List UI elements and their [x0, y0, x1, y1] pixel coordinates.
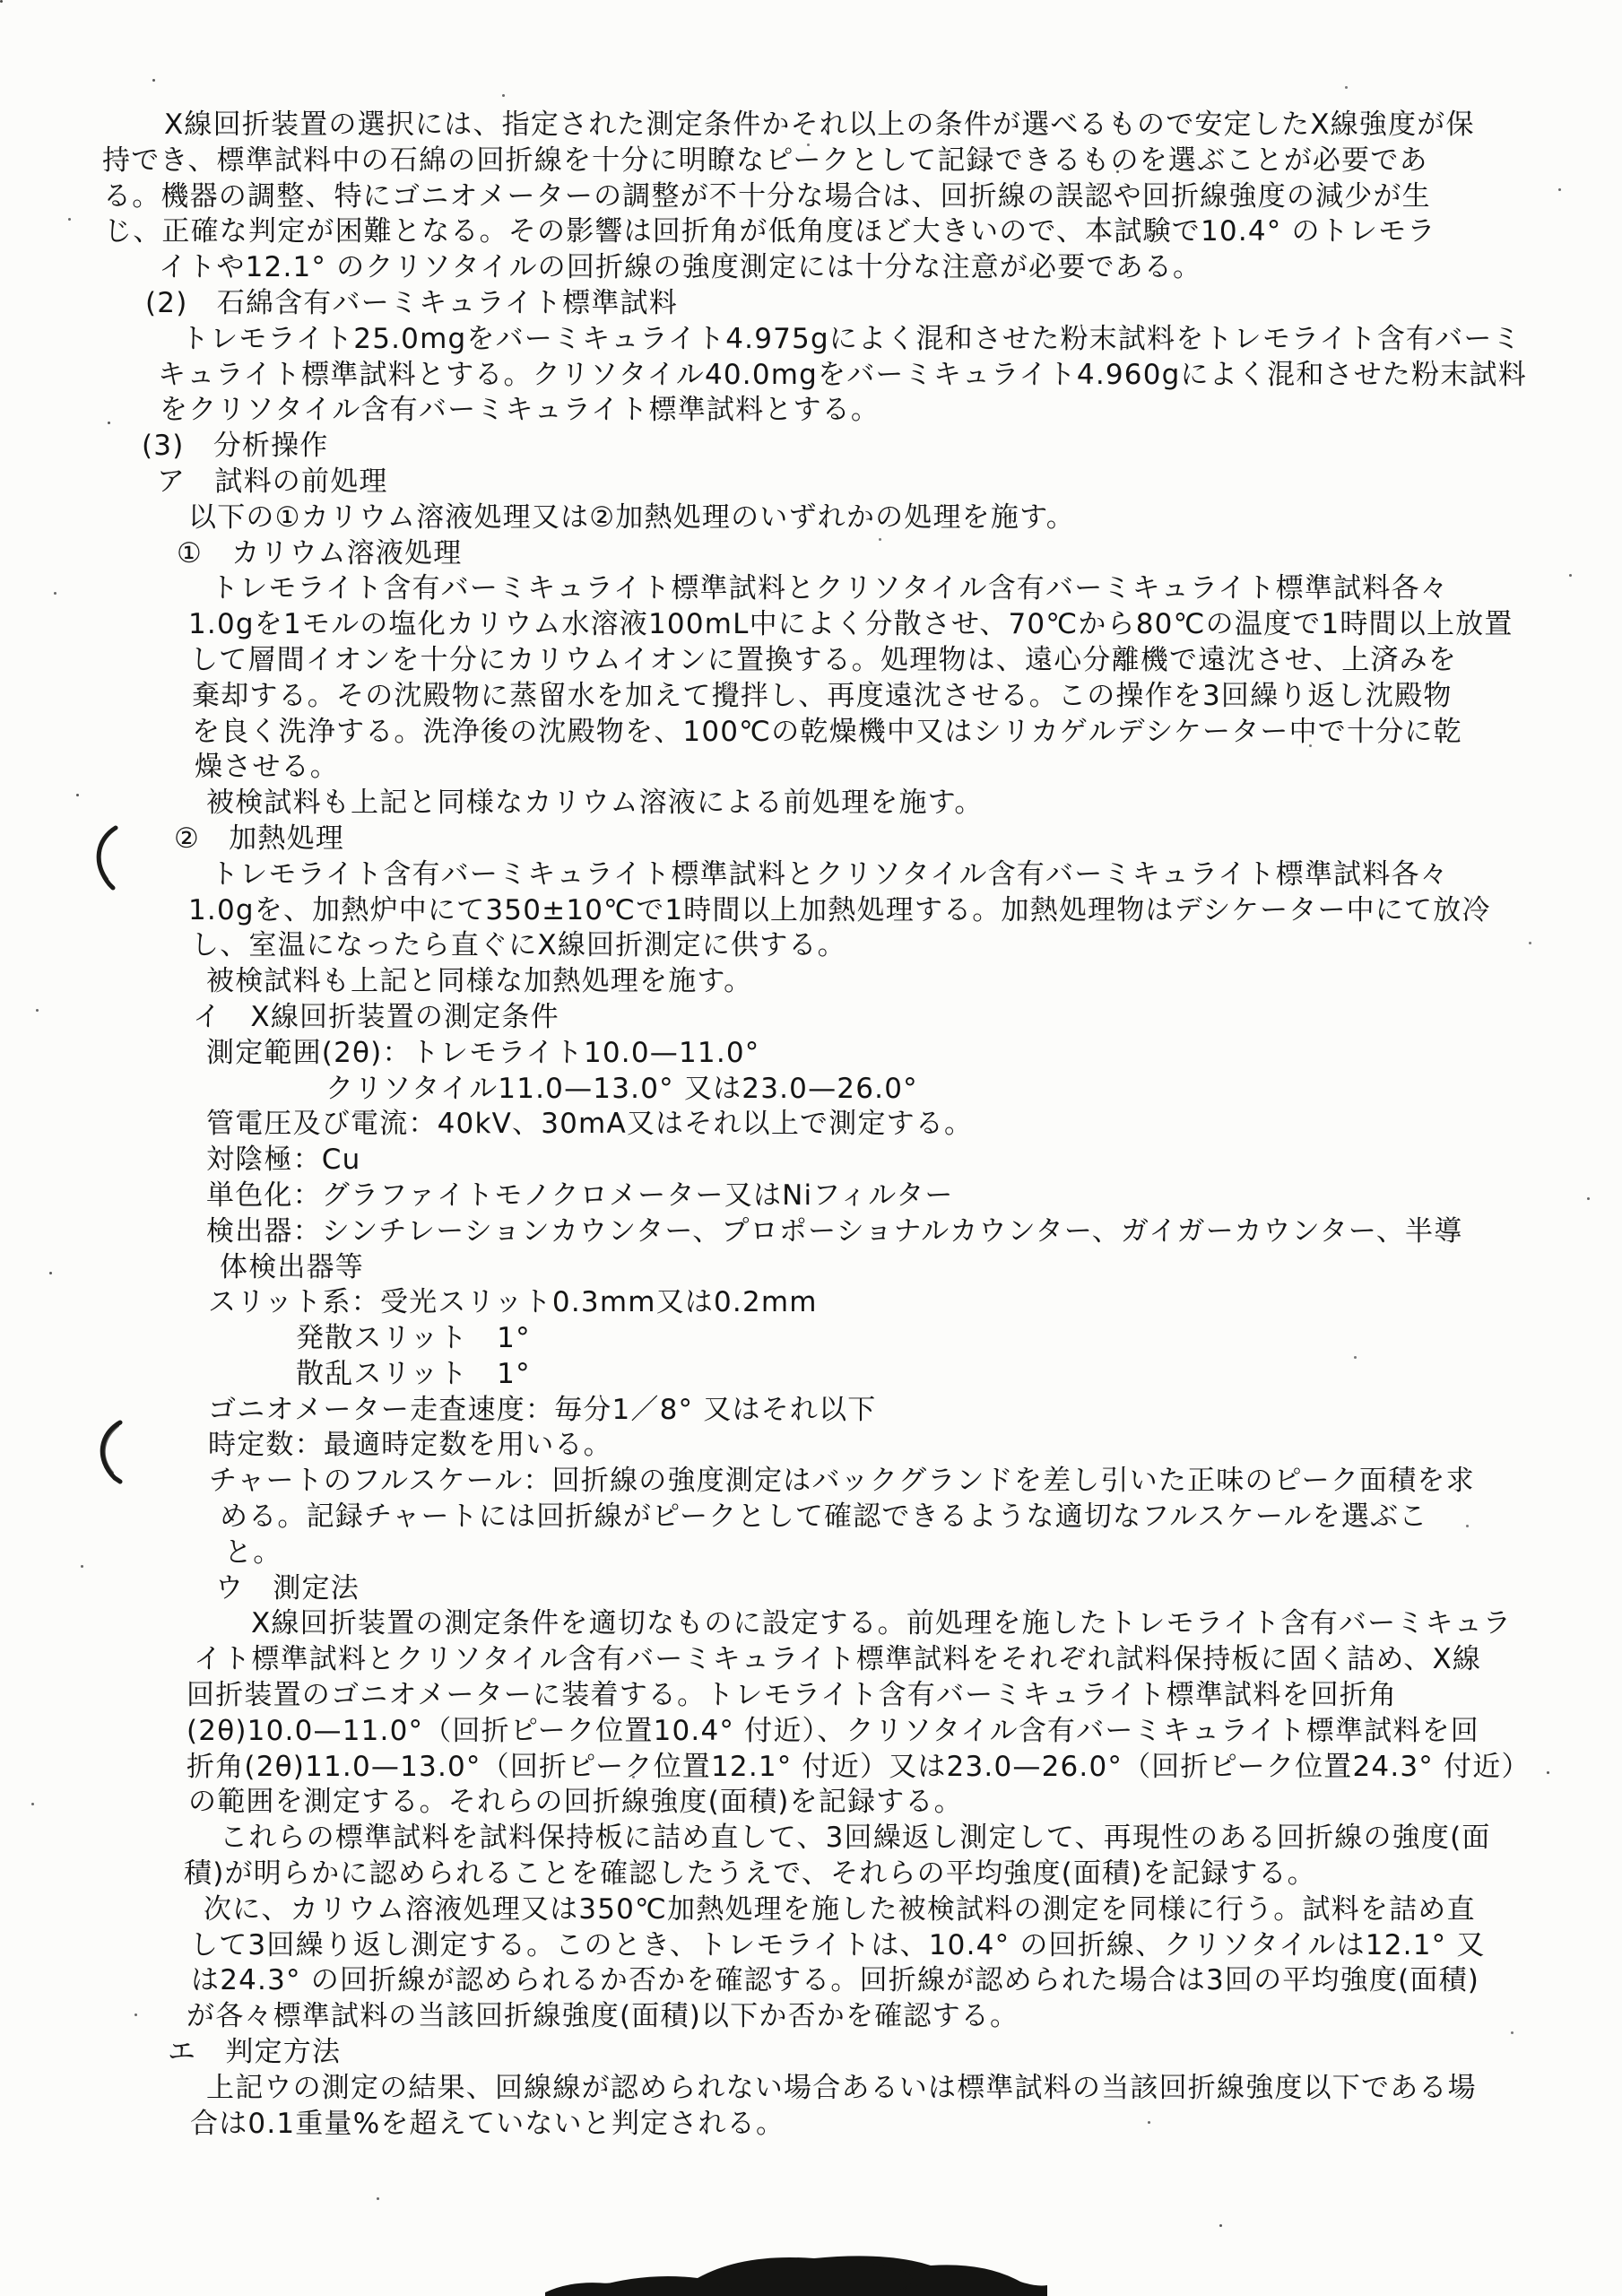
text-line: の範囲を測定する。それらの回折線強度(面積)を記録する。	[100, 1785, 1571, 1821]
text-line: 1.0gを1モルの塩化カリウム水溶液100mL中によく分散させ、70℃から80℃…	[100, 607, 1571, 643]
text-line: (2) 石綿含有バーミキュライト標準試料	[100, 286, 1571, 322]
text-line: トレモライト含有バーミキュライト標準試料とクリソタイル含有バーミキュライト標準試…	[100, 857, 1571, 893]
text-line: 燥させる。	[100, 750, 1571, 786]
text-line: 被検試料も上記と同様な加熱処理を施す。	[100, 964, 1571, 1000]
text-line: 測定範囲(2θ)：トレモライト10.0—11.0°	[100, 1036, 1571, 1072]
text-line: ゴニオメーター走査速度：毎分1／8° 又はそれ以下	[100, 1393, 1571, 1429]
text-line: (3) 分析操作	[100, 429, 1571, 465]
text-line: エ 判定方法	[100, 2035, 1571, 2071]
text-line: X線回折装置の選択には、指定された測定条件かそれ以上の条件が選べるもので安定した…	[100, 108, 1571, 143]
text-line: 次に、カリウム溶液処理又は350℃加熱処理を施した被検試料の測定を同様に行う。試…	[100, 1892, 1571, 1928]
text-line: キュライト標準試料とする。クリソタイル40.0mgをバーミキュライト4.960g…	[100, 358, 1571, 394]
text-line: ア 試料の前処理	[100, 465, 1571, 500]
text-line: これらの標準試料を試料保持板に詰め直して、3回繰返し測定して、再現性のある回折線…	[100, 1821, 1571, 1857]
text-line: 時定数：最適時定数を用いる。	[100, 1428, 1571, 1464]
text-line: 被検試料も上記と同様なカリウム溶液による前処理を施す。	[100, 786, 1571, 822]
scanned-page: X線回折装置の選択には、指定された測定条件かそれ以上の条件が選べるもので安定した…	[0, 0, 1622, 2296]
text-line: チャートのフルスケール：回折線の強度測定はバックグランドを差し引いた正味のピーク…	[100, 1464, 1571, 1500]
text-line: が各々標準試料の当該回折線強度(面積)以下か否かを確認する。	[100, 1999, 1571, 2035]
text-line: 上記ウの測定の結果、回線線が認められない場合あるいは標準試料の当該回折線強度以下…	[100, 2071, 1571, 2107]
text-line: る。機器の調整、特にゴニオメーターの調整が不十分な場合は、回折線の誤認や回折線強…	[100, 179, 1571, 215]
text-line: 体検出器等	[100, 1250, 1571, 1286]
text-line: 発散スリット 1°	[100, 1321, 1571, 1357]
document-body: X線回折装置の選択には、指定された測定条件かそれ以上の条件が選べるもので安定した…	[100, 108, 1571, 2142]
scan-smudge	[545, 2246, 1047, 2296]
text-line: 持でき、標準試料中の石綿の回折線を十分に明瞭なピークとして記録できるものを選ぶこ…	[100, 143, 1571, 179]
text-line: (2θ)10.0—11.0°（回折ピーク位置10.4° 付近）、クリソタイル含有…	[100, 1714, 1571, 1750]
text-line: 検出器：シンチレーションカウンター、プロポーショナルカウンター、ガイガーカウンタ…	[100, 1214, 1571, 1250]
text-line: は24.3° の回折線が認められるか否かを確認する。回折線が認められた場合は3回…	[100, 1963, 1571, 1999]
text-line: 合は0.1重量%を超えていないと判定される。	[100, 2107, 1571, 2143]
text-line: 棄却する。その沈殿物に蒸留水を加えて攪拌し、再度遠沈させる。この操作を3回繰り返…	[100, 679, 1571, 715]
text-line: トレモライト含有バーミキュライト標準試料とクリソタイル含有バーミキュライト標準試…	[100, 571, 1571, 607]
text-line: クリソタイル11.0—13.0° 又は23.0—26.0°	[100, 1072, 1571, 1108]
text-line: と。	[100, 1535, 1571, 1571]
text-line: ① カリウム溶液処理	[100, 536, 1571, 572]
text-line: して3回繰り返し測定する。このとき、トレモライトは、10.4° の回折線、クリソ…	[100, 1928, 1571, 1964]
text-line: 1.0gを、加熱炉中にて350±10℃で1時間以上加熱処理する。加熱処理物はデシ…	[100, 893, 1571, 929]
text-line: 対陰極：Cu	[100, 1143, 1571, 1178]
text-line: 管電圧及び電流：40kV、30mA又はそれ以上で測定する。	[100, 1107, 1571, 1143]
text-line: イ X線回折装置の測定条件	[100, 1000, 1571, 1036]
text-line: める。記録チャートには回折線がピークとして確認できるような適切なフルスケールを選…	[100, 1500, 1571, 1535]
text-line: じ、正確な判定が困難となる。その影響は回折角が低角度ほど大きいので、本試験で10…	[100, 214, 1571, 250]
text-line: スリット系：受光スリット0.3mm又は0.2mm	[100, 1285, 1571, 1321]
handwritten-paren-mark	[86, 823, 122, 893]
text-line: 折角(2θ)11.0—13.0°（回折ピーク位置12.1° 付近）又は23.0—…	[100, 1750, 1571, 1786]
text-line: を良く洗浄する。洗浄後の沈殿物を、100℃の乾燥機中又はシリカゲルデシケーター中…	[100, 715, 1571, 751]
text-line: 以下の①カリウム溶液処理又は②加熱処理のいずれかの処理を施す。	[100, 500, 1571, 536]
text-line: し、室温になったら直ぐにX線回折測定に供する。	[100, 928, 1571, 964]
text-line: イト標準試料とクリソタイル含有バーミキュライト標準試料をそれぞれ試料保持板に固く…	[100, 1642, 1571, 1678]
text-line: X線回折装置の測定条件を適切なものに設定する。前処理を施したトレモライト含有バー…	[100, 1606, 1571, 1642]
text-line: して層間イオンを十分にカリウムイオンに置換する。処理物は、遠心分離機で遠沈させ、…	[100, 643, 1571, 679]
text-line: 散乱スリット 1°	[100, 1357, 1571, 1393]
text-line: ② 加熱処理	[100, 822, 1571, 857]
text-line: イトや12.1° のクリソタイルの回折線の強度測定には十分な注意が必要である。	[100, 250, 1571, 286]
text-line: ウ 測定法	[100, 1571, 1571, 1607]
scan-noise	[0, 0, 3, 3]
text-line: をクリソタイル含有バーミキュライト標準試料とする。	[100, 393, 1571, 429]
text-line: 回折装置のゴニオメーターに装着する。トレモライト含有バーミキュライト標準試料を回…	[100, 1678, 1571, 1714]
text-line: トレモライト25.0mgをバーミキュライト4.975gによく混和させた粉末試料を…	[100, 322, 1571, 358]
text-line: 単色化：グラファイトモノクロメーター又はNiフィルター	[100, 1178, 1571, 1214]
handwritten-paren-mark	[90, 1419, 127, 1489]
text-line: 積)が明らかに認められることを確認したうえで、それらの平均強度(面積)を記録する…	[100, 1857, 1571, 1892]
